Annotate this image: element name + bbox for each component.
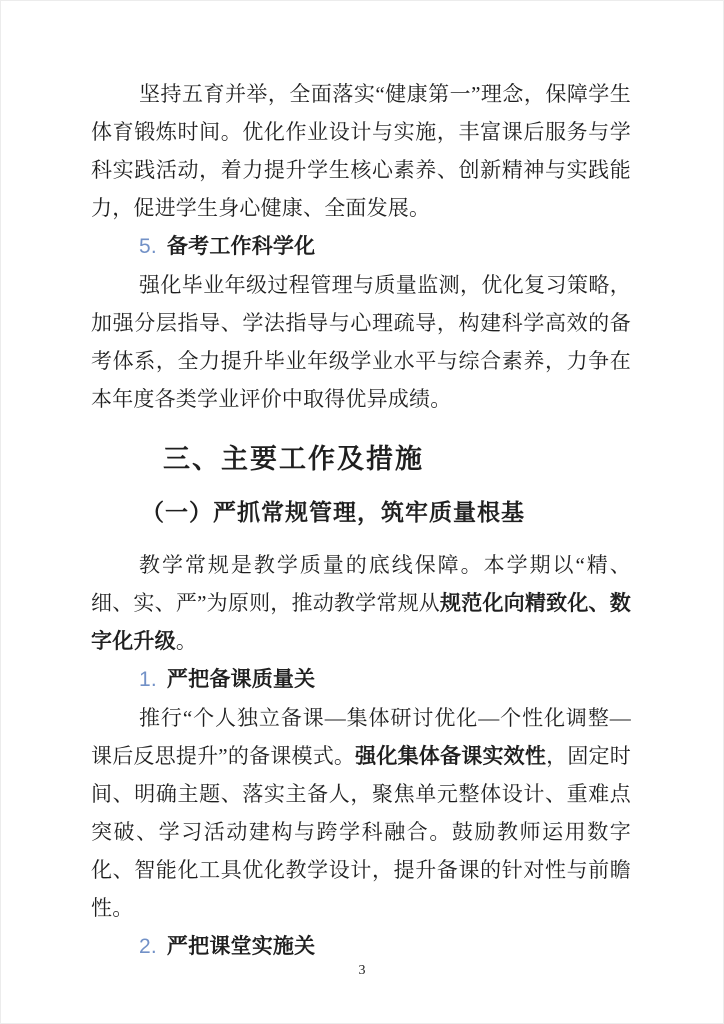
section-heading-three: 三、主要工作及措施 bbox=[91, 438, 631, 480]
list-number-1: 1. bbox=[139, 668, 157, 691]
list-item-heading-2: 2.严把课堂实施关 bbox=[91, 927, 631, 966]
list-number-5: 5. bbox=[139, 235, 157, 258]
paragraph-teaching-routine: 教学常规是教学质量的底线保障。本学期以“精、细、实、严”为原则，推动教学常规从规… bbox=[91, 546, 631, 660]
list-item-title-1: 严把备课质量关 bbox=[167, 667, 315, 691]
page-number: 3 bbox=[1, 963, 723, 979]
document-page: 坚持五育并举，全面落实“健康第一”理念，保障学生体育锻炼时间。优化作业设计与实施… bbox=[0, 0, 724, 1024]
subsection-heading-one: （一）严抓常规管理，筑牢质量根基 bbox=[91, 492, 631, 534]
paragraph-graduation-prep: 强化毕业年级过程管理与质量监测，优化复习策略，加强分层指导、学法指导与心理疏导，… bbox=[91, 266, 631, 418]
paragraph-segment-normal: ，固定时间、明确主题、落实主备人，聚焦单元整体设计、重难点突破、学习活动建构与跨… bbox=[91, 744, 631, 920]
list-item-heading-1: 1.严把备课质量关 bbox=[91, 660, 631, 699]
list-item-heading-5: 5.备考工作科学化 bbox=[91, 227, 631, 266]
paragraph-segment-bold: 强化集体备课实效性 bbox=[355, 744, 546, 768]
paragraph-lesson-prep: 推行“个人独立备课—集体研讨优化—个性化调整—课后反思提升”的备课模式。强化集体… bbox=[91, 699, 631, 927]
paragraph-segment-normal: 。 bbox=[176, 629, 197, 653]
page-content: 坚持五育并举，全面落实“健康第一”理念，保障学生体育锻炼时间。优化作业设计与实施… bbox=[91, 75, 631, 966]
list-item-title-5: 备考工作科学化 bbox=[167, 234, 315, 258]
list-item-title-2: 严把课堂实施关 bbox=[167, 934, 315, 958]
paragraph-five-educations: 坚持五育并举，全面落实“健康第一”理念，保障学生体育锻炼时间。优化作业设计与实施… bbox=[91, 75, 631, 227]
list-number-2: 2. bbox=[139, 935, 157, 958]
